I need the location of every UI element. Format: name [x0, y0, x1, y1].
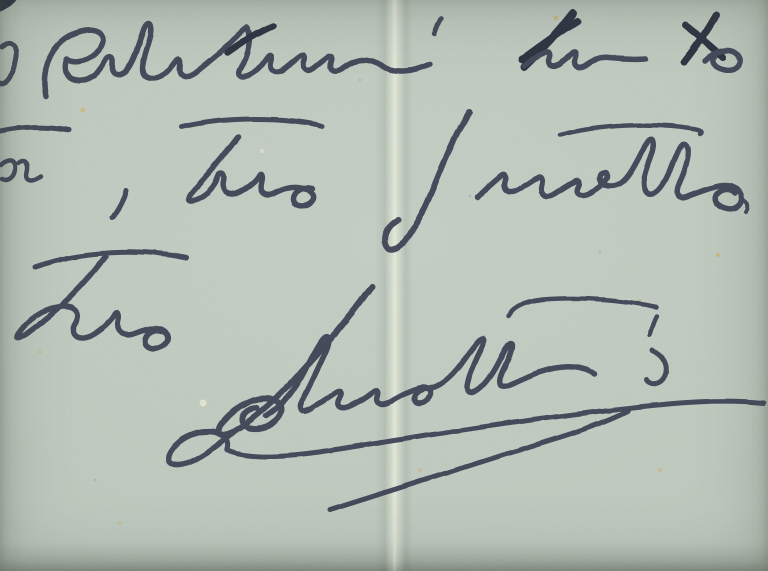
signature-body — [266, 336, 594, 416]
ink-strokes — [0, 0, 764, 510]
word-fratello-body — [477, 139, 742, 209]
speck — [81, 108, 86, 113]
word-fratello-f — [386, 112, 469, 249]
word-tuo2-body — [17, 257, 168, 348]
cutoff-word-t-bar — [0, 127, 69, 131]
signature-apostrophe — [649, 316, 656, 335]
word-tanto-an — [524, 52, 645, 67]
cutoff-word-body — [1, 160, 41, 180]
comma — [112, 190, 126, 218]
handwriting-line-3 — [17, 252, 187, 348]
paper-specks — [38, 16, 720, 525]
handwriting-line-1 — [0, 0, 740, 96]
speck — [554, 16, 559, 21]
handwriting-layer: Handwritten letter closing in Italian, d… — [0, 0, 768, 571]
word-fratello-tbar — [560, 125, 702, 135]
speck — [38, 350, 41, 353]
speck — [469, 195, 472, 198]
handwriting-line-2 — [0, 112, 748, 249]
speck — [260, 149, 264, 153]
speck — [599, 251, 602, 254]
word-tuo2-bar — [35, 252, 187, 267]
i-dot-tick — [434, 18, 441, 34]
speck — [118, 521, 122, 525]
speck — [639, 299, 642, 302]
signature-initial — [219, 286, 372, 435]
signature-tt-bar — [508, 298, 656, 316]
speck — [200, 400, 207, 407]
word-tuo-body — [189, 137, 314, 206]
signature-descender-loop — [168, 430, 236, 465]
signature — [168, 286, 764, 510]
cutoff-letter-left-edge — [0, 44, 17, 85]
speck — [418, 468, 422, 472]
speck — [658, 468, 662, 472]
speck — [94, 479, 97, 482]
word-salutami — [44, 24, 430, 96]
letter-scan: Handwritten letter closing in Italian, d… — [0, 0, 768, 571]
corner-ink-mark — [0, 0, 17, 12]
word-fratello-end-curl — [744, 200, 748, 212]
speck — [359, 79, 362, 82]
signature-end-hook — [646, 350, 666, 384]
word-tuo-bar — [181, 119, 322, 127]
speck — [716, 253, 720, 257]
